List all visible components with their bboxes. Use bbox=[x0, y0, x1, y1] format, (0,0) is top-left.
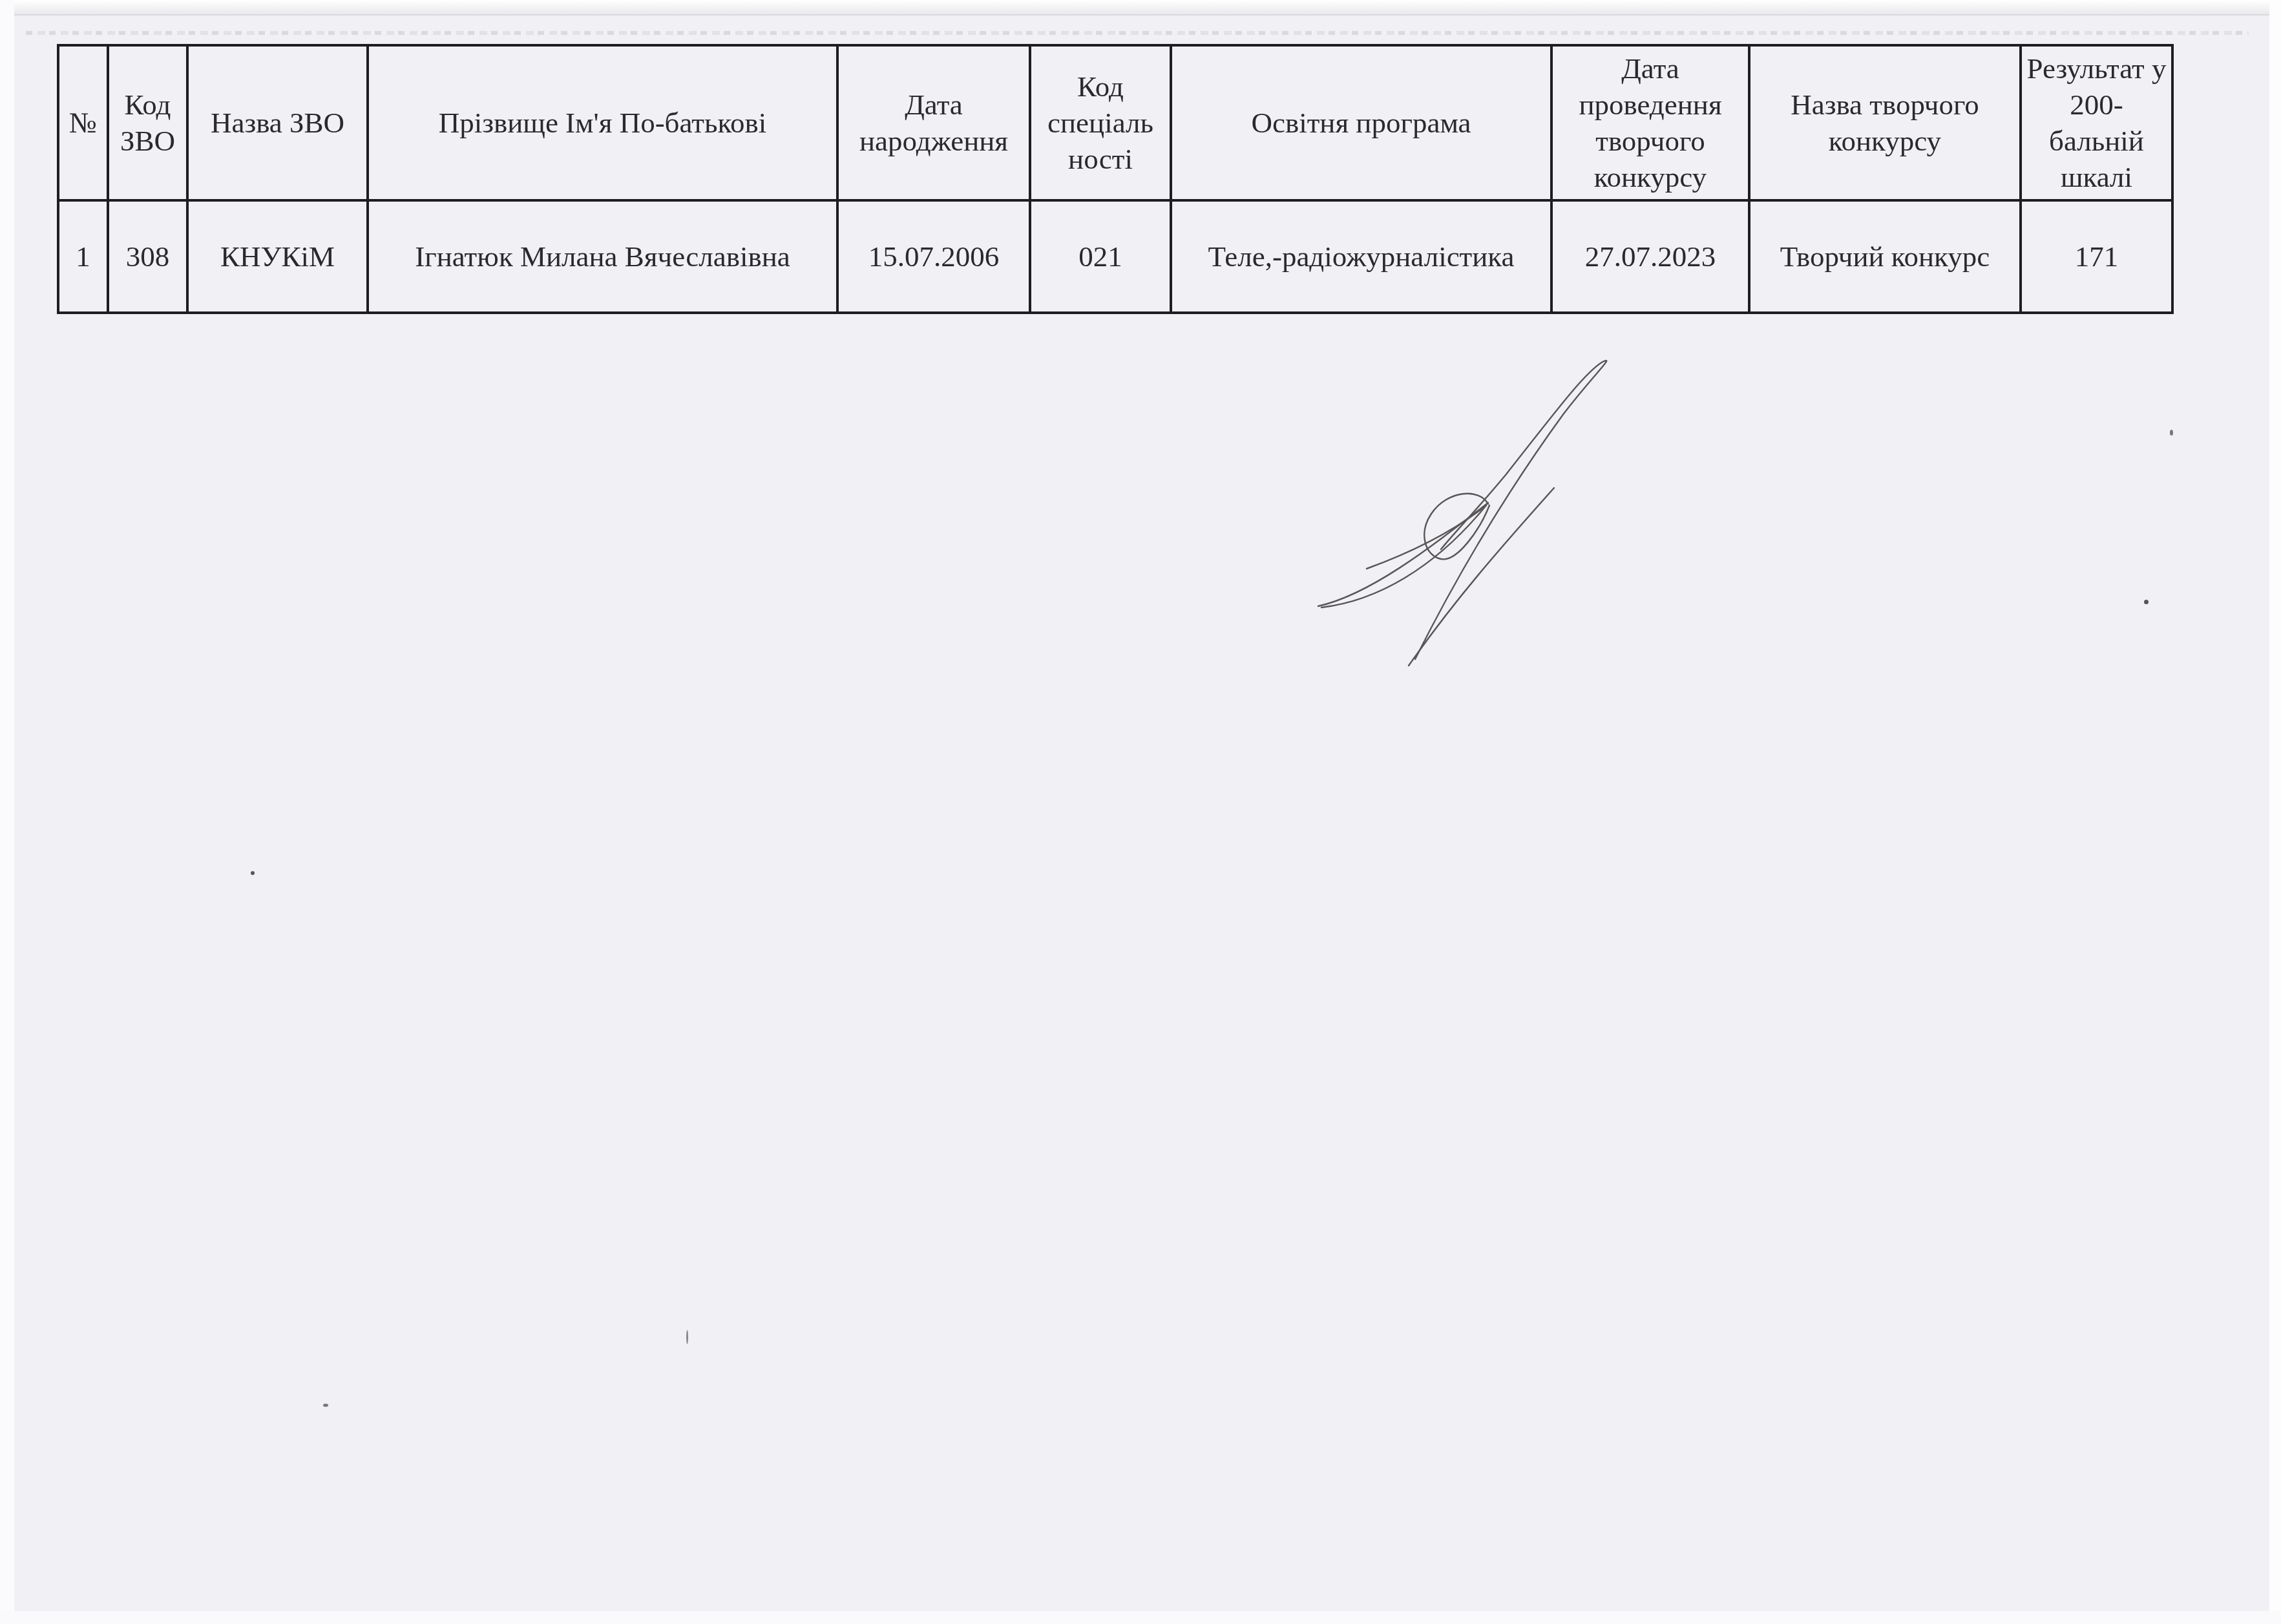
cell-contest-date: 27.07.2023 bbox=[1551, 200, 1749, 313]
results-table: № Код ЗВО Назва ЗВО Прізвище Ім'я По-бат… bbox=[57, 44, 2174, 314]
cell-contest-name: Творчий конкурс bbox=[1749, 200, 2021, 313]
header-program: Освітня програма bbox=[1171, 45, 1551, 200]
header-institution-name: Назва ЗВО bbox=[187, 45, 368, 200]
scan-speck bbox=[686, 1330, 688, 1344]
header-specialty-code: Код спеціаль ності bbox=[1030, 45, 1171, 200]
cell-institution-name: КНУКіМ bbox=[187, 200, 368, 313]
scan-speck bbox=[323, 1404, 328, 1407]
header-birth-date: Дата народження bbox=[837, 45, 1030, 200]
header-contest-name: Назва творчого конкурсу bbox=[1749, 45, 2021, 200]
cell-institution-code: 308 bbox=[108, 200, 187, 313]
scan-top-edge bbox=[0, 0, 2281, 16]
cell-birth-date: 15.07.2006 bbox=[837, 200, 1030, 313]
cell-program: Теле,-радіожурналістика bbox=[1171, 200, 1551, 313]
header-institution-code: Код ЗВО bbox=[108, 45, 187, 200]
cell-specialty-code: 021 bbox=[1030, 200, 1171, 313]
scan-speck bbox=[2144, 600, 2149, 604]
header-number: № bbox=[58, 45, 108, 200]
cell-number: 1 bbox=[58, 200, 108, 313]
scan-left-edge bbox=[0, 0, 14, 1624]
header-contest-date: Дата проведення творчого конкурсу bbox=[1551, 45, 1749, 200]
header-score: Результат у 200-бальній шкалі bbox=[2021, 45, 2172, 200]
scan-right-edge bbox=[2269, 0, 2281, 1624]
scan-speck bbox=[251, 871, 255, 875]
cell-score: 171 bbox=[2021, 200, 2172, 313]
signature bbox=[1292, 336, 1926, 698]
bleed-through-text bbox=[26, 31, 2249, 35]
cell-full-name: Ігнатюк Милана Вячеславівна bbox=[368, 200, 837, 313]
header-full-name: Прізвище Ім'я По-батькові bbox=[368, 45, 837, 200]
scan-bottom-edge bbox=[0, 1611, 2281, 1624]
table-row: 1 308 КНУКіМ Ігнатюк Милана Вячеславівна… bbox=[58, 200, 2172, 313]
scan-speck bbox=[2170, 430, 2173, 436]
table-header-row: № Код ЗВО Назва ЗВО Прізвище Ім'я По-бат… bbox=[58, 45, 2172, 200]
